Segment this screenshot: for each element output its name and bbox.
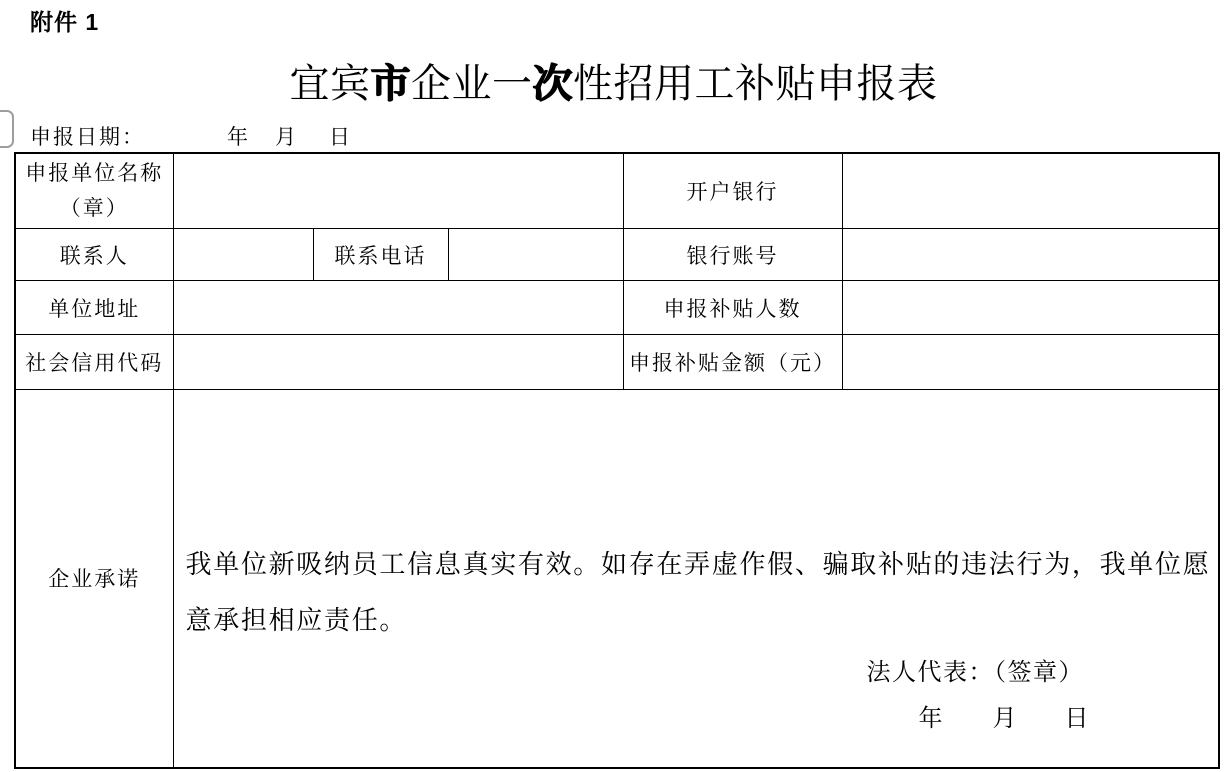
declare-date-label: 申报日期： [30, 125, 145, 149]
unit-name-input-cell[interactable] [173, 153, 623, 229]
address-input-cell[interactable] [173, 281, 623, 335]
unit-name-label-line1: 申报单位名称 [18, 156, 171, 191]
application-table: 申报单位名称 （章） 开户银行 联系人 联系电话 银行账号 单位地址 申报补贴人… [14, 152, 1220, 769]
promise-content-cell[interactable]: 我单位新吸纳员工信息真实有效。如存在弄虚作假、骗取补贴的违法行为，我单位愿意承担… [173, 390, 1219, 768]
declare-date-day: 日 [329, 125, 352, 149]
table-row: 企业承诺 我单位新吸纳员工信息真实有效。如存在弄虚作假、骗取补贴的违法行为，我单… [15, 390, 1219, 768]
promise-paragraph: 我单位新吸纳员工信息真实有效。如存在弄虚作假、骗取补贴的违法行为，我单位愿意承担… [186, 537, 1213, 649]
table-row: 单位地址 申报补贴人数 [15, 281, 1219, 335]
account-label-cell: 银行账号 [623, 229, 842, 281]
table-row: 联系人 联系电话 银行账号 [15, 229, 1219, 281]
account-input-cell[interactable] [842, 229, 1219, 281]
promise-label-cell: 企业承诺 [15, 390, 173, 768]
amount-input-cell[interactable] [842, 335, 1219, 390]
title-bold-char: 次 [533, 61, 574, 106]
bank-name-input-cell[interactable] [842, 153, 1219, 229]
legal-rep-signature-line: 法人代表：（签章） [867, 652, 1085, 687]
declare-date-line: 申报日期：年月日 [30, 121, 352, 151]
document-page: { "page": { "attachment_label": "附件 1" }… [0, 0, 1227, 772]
credit-code-input-cell[interactable] [173, 335, 623, 390]
bank-name-label-cell: 开户银行 [623, 153, 842, 229]
signature-date-year: 年 [919, 706, 945, 732]
title-part: 宜宾 [290, 61, 371, 106]
form-title: 宜宾市企业一次性招用工补贴申报表 [0, 52, 1227, 109]
signature-date-day: 日 [1065, 706, 1091, 732]
contact-input-cell[interactable] [173, 229, 313, 281]
title-part: 企业一 [411, 61, 533, 106]
unit-name-label-cell: 申报单位名称 （章） [15, 153, 173, 229]
attachment-label: 附件 1 [30, 4, 99, 37]
table-row: 社会信用代码 申报补贴金额（元） [15, 335, 1219, 390]
title-bold-char: 市 [371, 61, 412, 106]
signature-date-month: 月 [993, 706, 1019, 732]
headcount-label-cell: 申报补贴人数 [623, 281, 842, 335]
contact-label-cell: 联系人 [15, 229, 173, 281]
declare-date-month: 月 [275, 125, 298, 149]
unit-name-label-line2: （章） [18, 191, 171, 226]
address-label-cell: 单位地址 [15, 281, 173, 335]
title-part: 性招用工补贴申报表 [573, 61, 938, 106]
left-edge-widget [0, 110, 14, 148]
headcount-input-cell[interactable] [842, 281, 1219, 335]
signature-date-line: 年月日 [919, 698, 1091, 733]
phone-input-cell[interactable] [448, 229, 623, 281]
table-row: 申报单位名称 （章） 开户银行 [15, 153, 1219, 229]
declare-date-year: 年 [227, 125, 250, 149]
phone-label-cell: 联系电话 [313, 229, 448, 281]
amount-label-cell: 申报补贴金额（元） [623, 335, 842, 390]
credit-code-label-cell: 社会信用代码 [15, 335, 173, 390]
